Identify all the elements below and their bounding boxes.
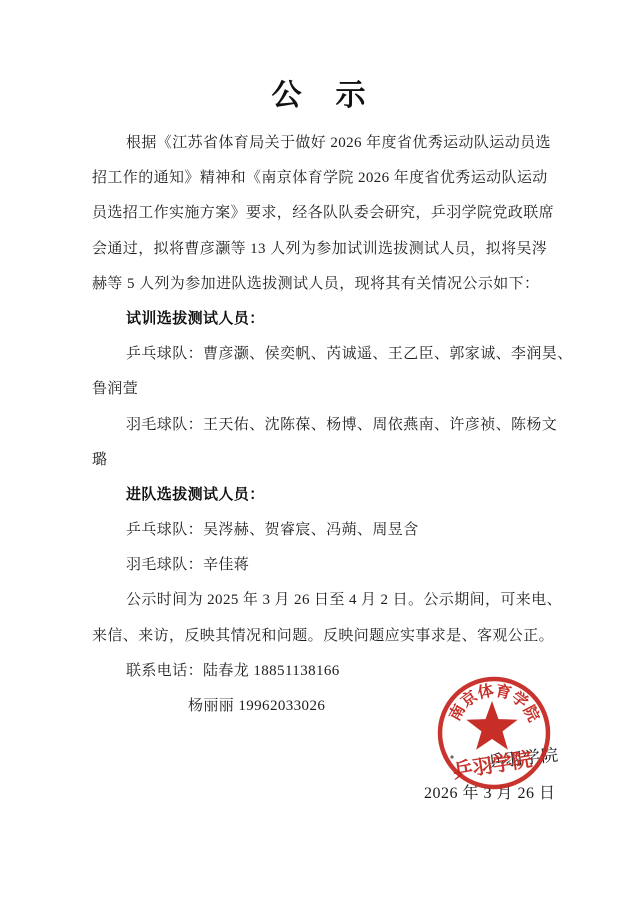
document-line: 璐 [92,443,562,478]
document-line: 公示时间为 2025 年 3 月 26 日至 4 月 2 日。公示期间，可来电、 [92,583,562,618]
document-line: 赫等 5 人列为参加进队选拔测试人员，现将其有关情况公示如下： [92,267,562,302]
document-line: 杨丽丽 19962033026 [92,689,562,724]
document-line: 试训选拔测试人员： [92,302,562,337]
document-line: 羽毛球队：辛佳蒋 [92,548,562,583]
document-line: 会通过，拟将曹彦灏等 13 人列为参加试训选拔测试人员，拟将吴涔 [92,232,562,267]
document-line: 羽毛球队：王天佑、沈陈葆、杨博、周依燕南、许彦祯、陈杨文 [92,408,562,443]
notice-page: 公 示 根据《江苏省体育局关于做好 2026 年度省优秀运动队运动员选招工作的通… [0,0,639,917]
page-title: 公 示 [0,70,639,114]
document-line: 进队选拔测试人员： [92,478,562,513]
document-line: 鲁润萱 [92,372,562,407]
seal-dot [450,755,453,758]
document-line: 招工作的通知》精神和《南京体育学院 2026 年度省优秀运动队运动 [92,161,562,196]
document-line: 员选招工作实施方案》要求，经各队队委会研究，乒羽学院党政联席 [92,196,562,231]
document-line: 乒乓球队：曹彦灏、侯奕帆、芮诚遥、王乙臣、郭家诚、李润昊、 [92,337,562,372]
body-lines: 根据《江苏省体育局关于做好 2026 年度省优秀运动队运动员选招工作的通知》精神… [92,126,562,724]
document-line: 联系电话：陆春龙 18851138166 [92,654,562,689]
signature-date: 2026 年 3 月 26 日 [424,780,556,803]
signature-department: 乒羽学院 [486,740,560,772]
document-line: 根据《江苏省体育局关于做好 2026 年度省优秀运动队运动员选 [92,126,562,161]
document-line: 乒乓球队：吴涔赫、贺睿宸、冯蒴、周昱含 [92,513,562,548]
document-line: 来信、来访，反映其情况和问题。反映问题应实事求是、客观公正。 [92,619,562,654]
